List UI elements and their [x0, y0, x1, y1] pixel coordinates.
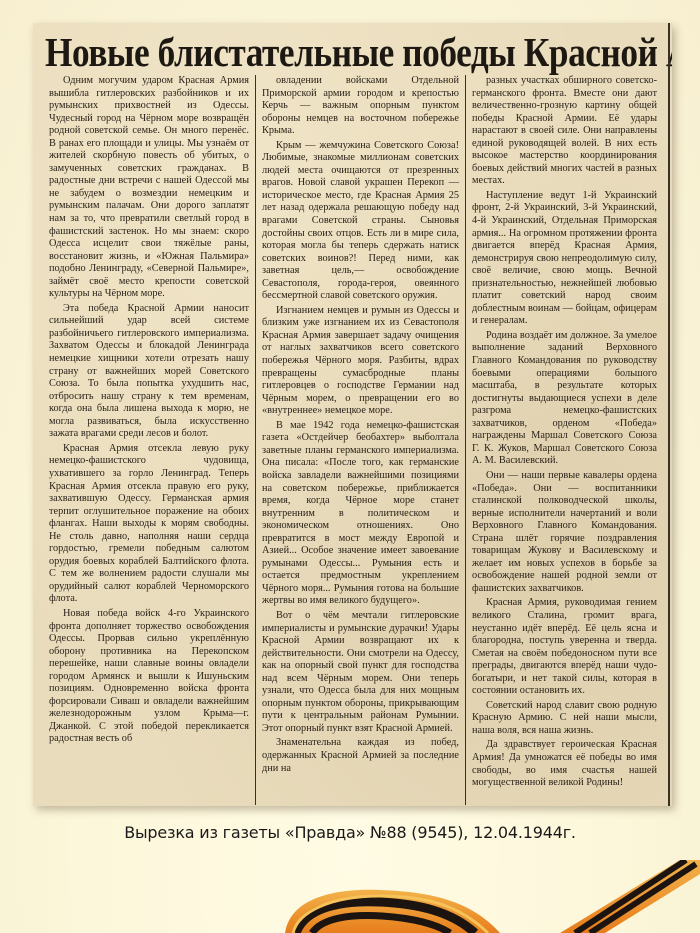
- article-paragraph: овладении войсками Отдельной Приморской …: [262, 75, 459, 138]
- article-columns: Одним могучим ударом Красная Армия вышиб…: [43, 75, 664, 805]
- article-paragraph: Красная Армия отсекла левую руку немецко…: [49, 443, 249, 606]
- newspaper-clipping: Новые блистательные победы Красной Армии…: [33, 23, 672, 806]
- st-george-ribbon-icon: [0, 860, 700, 933]
- article-paragraph: В мае 1942 года немецко-фашистская газет…: [262, 420, 459, 608]
- caption: Вырезка из газеты «Правда» №88 (9545), 1…: [0, 823, 700, 842]
- article-paragraph: Изгнанием немцев и румын из Одессы и бли…: [262, 305, 459, 418]
- article-paragraph: Одним могучим ударом Красная Армия вышиб…: [49, 75, 249, 301]
- article-paragraph: Красная Армия, руководимая гением велико…: [472, 597, 657, 697]
- article-paragraph: Наступление ведут 1-й Украинский фронт, …: [472, 190, 657, 328]
- article-paragraph: Крым — жемчужина Советского Союза! Любим…: [262, 140, 459, 303]
- article-paragraph: Новая победа войск 4-го Украинского фрон…: [49, 608, 249, 746]
- article-column-3: разных участках обширного советско-герма…: [465, 75, 663, 805]
- article-paragraph: Знаменательна каждая из побед, одержанны…: [262, 737, 459, 775]
- article-paragraph: Советский народ славит свою родную Красн…: [472, 700, 657, 738]
- headline: Новые блистательные победы Красной Армии: [45, 29, 664, 75]
- article-paragraph: Они — наши первые кавалеры ордена «Побед…: [472, 470, 657, 595]
- article-paragraph: Вот о чём мечтали гитлеровские империали…: [262, 610, 459, 735]
- article-paragraph: Эта победа Красной Армии наносит сильней…: [49, 303, 249, 441]
- article-paragraph: Да здравствует героическая Красная Армия…: [472, 739, 657, 789]
- article-paragraph: Родина воздаёт им должное. За умелое вып…: [472, 330, 657, 468]
- article-column-2: овладении войсками Отдельной Приморской …: [255, 75, 465, 805]
- article-column-1: Одним могучим ударом Красная Армия вышиб…: [43, 75, 255, 805]
- article-paragraph: разных участках обширного советско-герма…: [472, 75, 657, 188]
